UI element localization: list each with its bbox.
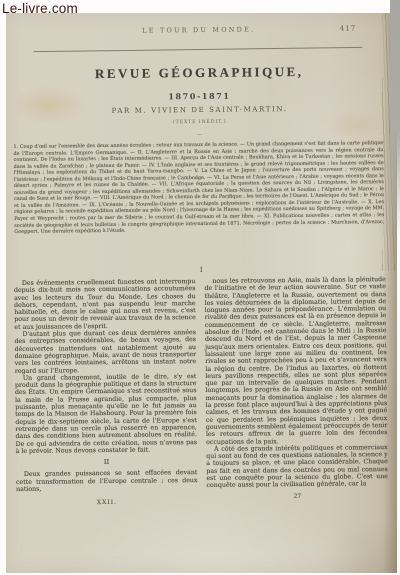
header-rule [33,47,362,52]
article-byline: PAR M. VIVIEN DE SAINT-MARTIN. [4,104,395,116]
column-right: nous les retrouvons en Asie, mais là dan… [204,276,388,547]
sheet-signature: 27 [207,492,389,501]
section-heading-1: I [6,264,397,276]
article-summary-argument: 1. Coup d'œil sur l'ensemble des deux an… [13,140,384,236]
article-year: 1870-1871 [4,89,395,103]
volume-signature: XXII. [16,498,198,507]
article-title: REVUE GÉOGRAPHIQUE, [4,63,395,83]
column-left: Des événements cruellement funestes ont … [14,278,198,549]
body-columns: Des événements cruellement funestes ont … [14,276,389,549]
paragraph: nous les retrouvons en Asie, mais là dan… [204,276,387,446]
running-head-journal-title: LE TOUR DU MONDE. [3,24,394,36]
paragraph: À côté des grands intérêts politiques et… [206,444,388,490]
paragraph: D'autant plus que durant ces deux derniè… [14,329,196,375]
summary-separator-mark: — [4,130,395,140]
le-livre-watermark: Le-livre.com [2,1,78,16]
paragraph: Deux grandes puissances se sont effacées… [16,469,198,493]
paragraph: Un grand changement, inutile de le dire,… [15,373,197,455]
section-heading-2: II [16,458,198,467]
byline-note: (TEXTE INÉDIT.) [4,118,395,127]
scanned-book-page: LE TOUR DU MONDE. 417 REVUE GÉOGRAPHIQUE… [6,13,397,573]
page-number: 417 [340,24,356,32]
page-content: LE TOUR DU MONDE. 417 REVUE GÉOGRAPHIQUE… [3,11,400,575]
scanner-background-strip [390,0,400,238]
paragraph: Des événements cruellement funestes ont … [14,278,196,331]
